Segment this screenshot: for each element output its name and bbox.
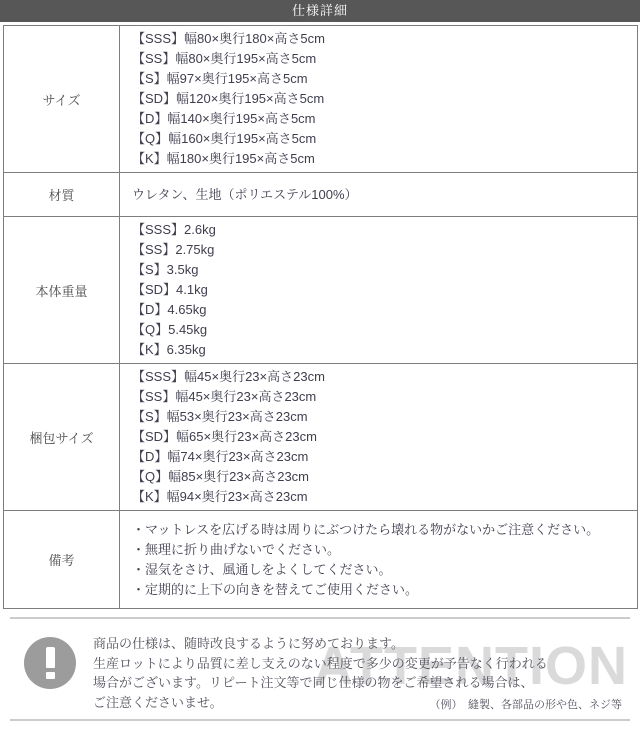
package-line: 【SD】幅65×奥行23×高さ23cm bbox=[132, 427, 625, 447]
row-value-size: 【SSS】幅80×奥行180×高さ5cm 【SS】幅80×奥行195×高さ5cm… bbox=[120, 26, 638, 173]
package-line: 【D】幅74×奥行23×高さ23cm bbox=[132, 447, 625, 467]
package-line: 【Q】幅85×奥行23×高さ23cm bbox=[132, 467, 625, 487]
size-line: 【SSS】幅80×奥行180×高さ5cm bbox=[132, 29, 625, 49]
row-value-package-size: 【SSS】幅45×奥行23×高さ23cm 【SS】幅45×奥行23×高さ23cm… bbox=[120, 364, 638, 511]
weight-line: 【S】3.5kg bbox=[132, 260, 625, 280]
spec-row-material: 材質 ウレタン、生地（ポリエステル100%） bbox=[4, 173, 638, 217]
notice-line: 商品の仕様は、随時改良するように努めております。 bbox=[93, 634, 548, 654]
row-value-remarks: ・マットレスを広げる時は周りにぶつけたら壊れる物がないかご注意ください。 ・無理… bbox=[120, 511, 638, 609]
weight-line: 【SSS】2.6kg bbox=[132, 220, 625, 240]
row-label-remarks: 備考 bbox=[4, 511, 120, 609]
notice-line: 場合がございます。リピート注文等で同じ仕様の物をご希望される場合は、 bbox=[93, 673, 548, 693]
notice-section: ATTENTION 商品の仕様は、随時改良するように努めております。 生産ロット… bbox=[10, 617, 630, 721]
spec-table: サイズ 【SSS】幅80×奥行180×高さ5cm 【SS】幅80×奥行195×高… bbox=[3, 25, 638, 609]
size-line: 【SS】幅80×奥行195×高さ5cm bbox=[132, 49, 625, 69]
material-line: ウレタン、生地（ポリエステル100%） bbox=[132, 185, 625, 205]
package-line: 【S】幅53×奥行23×高さ23cm bbox=[132, 407, 625, 427]
spec-header-title: 仕様詳細 bbox=[292, 3, 348, 18]
row-label-weight: 本体重量 bbox=[4, 217, 120, 364]
package-line: 【SSS】幅45×奥行23×高さ23cm bbox=[132, 367, 625, 387]
size-line: 【S】幅97×奥行195×高さ5cm bbox=[132, 69, 625, 89]
spec-row-remarks: 備考 ・マットレスを広げる時は周りにぶつけたら壊れる物がないかご注意ください。 … bbox=[4, 511, 638, 609]
notice-line: 生産ロットにより品質に差し支えのない程度で多少の変更が予告なく行われる bbox=[93, 654, 548, 674]
row-label-size: サイズ bbox=[4, 26, 120, 173]
exclamation-icon bbox=[24, 637, 76, 689]
spec-header-bar: 仕様詳細 bbox=[0, 0, 640, 22]
remark-line: ・マットレスを広げる時は周りにぶつけたら壊れる物がないかご注意ください。 bbox=[132, 520, 625, 540]
spec-row-weight: 本体重量 【SSS】2.6kg 【SS】2.75kg 【S】3.5kg 【SD】… bbox=[4, 217, 638, 364]
spec-row-package-size: 梱包サイズ 【SSS】幅45×奥行23×高さ23cm 【SS】幅45×奥行23×… bbox=[4, 364, 638, 511]
notice-example: （例） 縫製、各部品の形や色、ネジ等 bbox=[430, 696, 623, 712]
package-line: 【K】幅94×奥行23×高さ23cm bbox=[132, 487, 625, 507]
exclamation-bar bbox=[46, 647, 55, 668]
exclamation-dot bbox=[46, 672, 55, 679]
weight-line: 【SS】2.75kg bbox=[132, 240, 625, 260]
size-line: 【SD】幅120×奥行195×高さ5cm bbox=[132, 89, 625, 109]
weight-line: 【K】6.35kg bbox=[132, 340, 625, 360]
weight-line: 【Q】5.45kg bbox=[132, 320, 625, 340]
row-value-material: ウレタン、生地（ポリエステル100%） bbox=[120, 173, 638, 217]
remark-line: ・定期的に上下の向きを替えてご使用ください。 bbox=[132, 580, 625, 600]
row-label-material: 材質 bbox=[4, 173, 120, 217]
size-line: 【Q】幅160×奥行195×高さ5cm bbox=[132, 129, 625, 149]
size-line: 【K】幅180×奥行195×高さ5cm bbox=[132, 149, 625, 169]
remark-line: ・湿気をさけ、風通しをよくしてください。 bbox=[132, 560, 625, 580]
spec-row-size: サイズ 【SSS】幅80×奥行180×高さ5cm 【SS】幅80×奥行195×高… bbox=[4, 26, 638, 173]
row-label-package-size: 梱包サイズ bbox=[4, 364, 120, 511]
package-line: 【SS】幅45×奥行23×高さ23cm bbox=[132, 387, 625, 407]
weight-line: 【D】4.65kg bbox=[132, 300, 625, 320]
weight-line: 【SD】4.1kg bbox=[132, 280, 625, 300]
remark-line: ・無理に折り曲げないでください。 bbox=[132, 540, 625, 560]
size-line: 【D】幅140×奥行195×高さ5cm bbox=[132, 109, 625, 129]
row-value-weight: 【SSS】2.6kg 【SS】2.75kg 【S】3.5kg 【SD】4.1kg… bbox=[120, 217, 638, 364]
